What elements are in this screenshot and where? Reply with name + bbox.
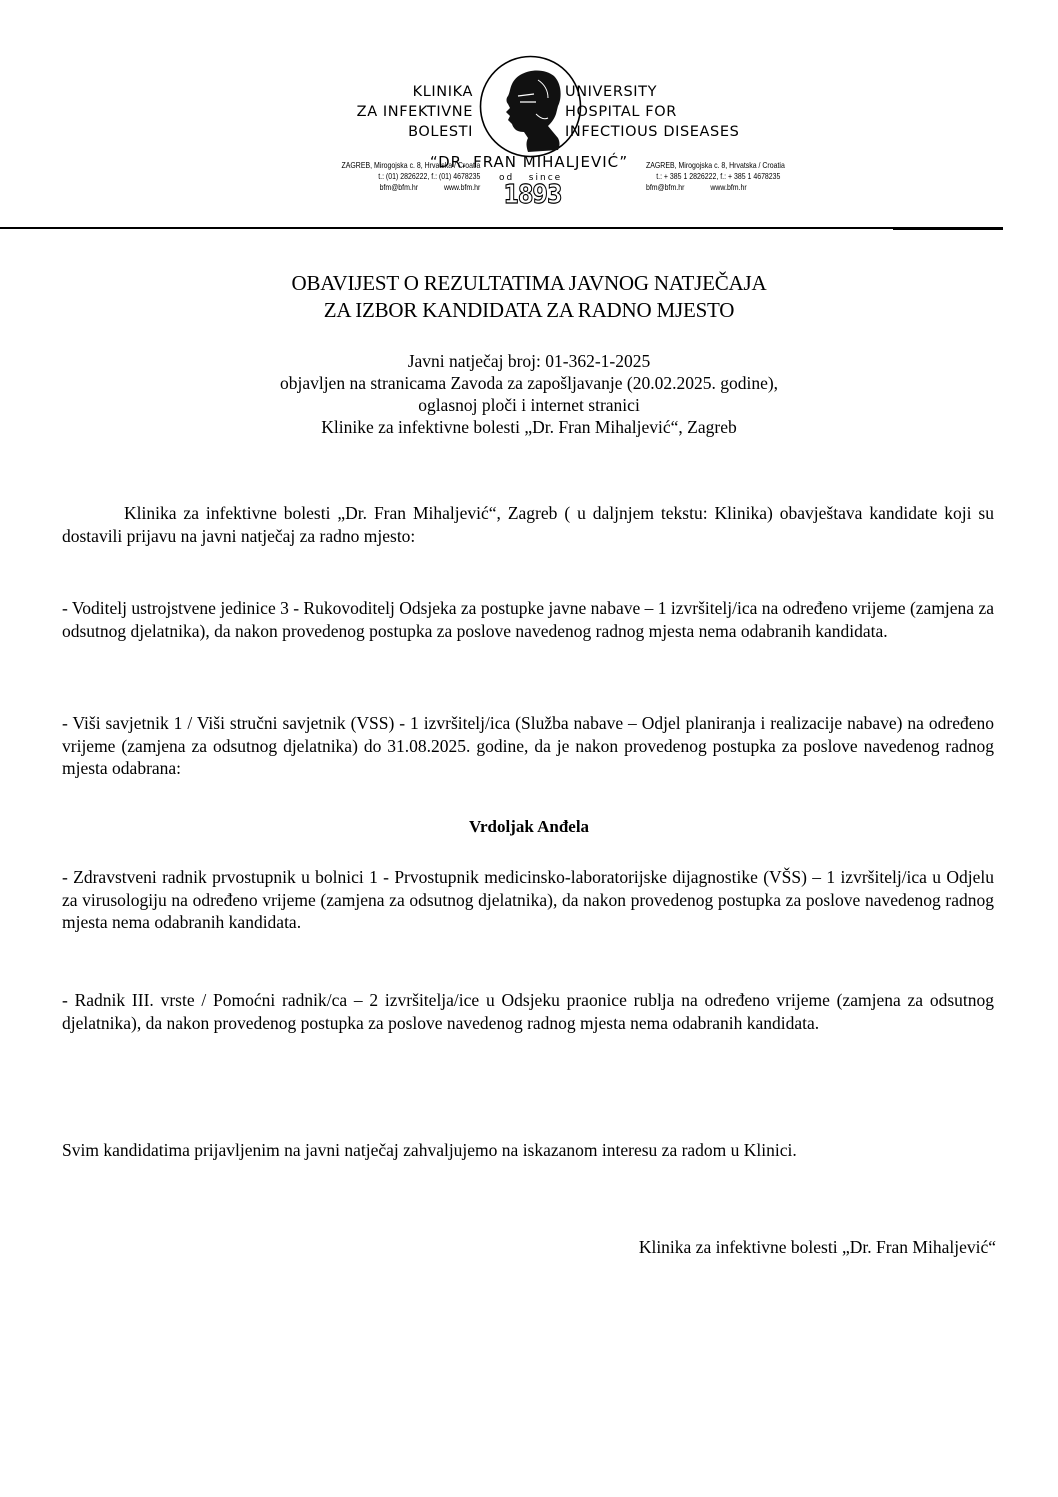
competition-details: Javni natječaj broj: 01-362-1-2025 objav… (0, 350, 1058, 438)
letterhead-name-english: UNIVERSITY HOSPITAL FOR INFECTIOUS DISEA… (565, 82, 739, 142)
letterhead-line: HOSPITAL FOR (565, 102, 739, 122)
competition-number: Javni natječaj broj: 01-362-1-2025 (0, 350, 1058, 372)
header-divider (0, 227, 1003, 229)
document-title: OBAVIJEST O REZULTATIMA JAVNOG NATJEČAJA… (0, 270, 1058, 324)
letterhead-line: BOLESTI (357, 122, 473, 142)
thanks-paragraph: Svim kandidatima prijavljenim na javni n… (62, 1139, 994, 1162)
letterhead-line: KLINIKA (357, 82, 473, 102)
contact-web-row: bfm@bfm.hr www.bfm.hr (341, 182, 480, 193)
letterhead-contact-right: ZAGREB, Mirogojska c. 8, Hrvatska / Croa… (646, 160, 785, 193)
position-result-item: - Viši savjetnik 1 / Viši stručni savjet… (62, 712, 994, 780)
contact-website: www.bfm.hr (444, 183, 480, 192)
letterhead-contact-left: ZAGREB, Mirogojska c. 8, Hrvatska / Croa… (341, 160, 480, 193)
title-line: ZA IZBOR KANDIDATA ZA RADNO MJESTO (0, 297, 1058, 324)
since-year: 1893 (504, 180, 555, 210)
title-line: OBAVIJEST O REZULTATIMA JAVNOG NATJEČAJA (0, 270, 1058, 297)
contact-email: bfm@bfm.hr (379, 183, 417, 192)
contact-web-row: bfm@bfm.hr www.bfm.hr (646, 182, 785, 193)
contact-website: www.bfm.hr (710, 183, 746, 192)
contact-phone: t.: (01) 2826222, f.: (01) 4678235 (341, 171, 480, 182)
letterhead-line: ZA INFEKTIVNE (357, 102, 473, 122)
contact-phone: t.: + 385 1 2826222, f.: + 385 1 4678235 (646, 171, 785, 182)
selected-candidate: Vrdoljak Anđela (0, 817, 1058, 837)
header-divider-accent (893, 227, 1003, 230)
signature: Klinika za infektivne bolesti „Dr. Fran … (639, 1237, 996, 1258)
position-result-item: - Zdravstveni radnik prvostupnik u bolni… (62, 866, 994, 934)
contact-address: ZAGREB, Mirogojska c. 8, Hrvatska / Croa… (341, 160, 480, 171)
letterhead-name-croatian: KLINIKA ZA INFEKTIVNE BOLESTI (357, 82, 473, 142)
letterhead-line: INFECTIOUS DISEASES (565, 122, 739, 142)
position-result-item: - Radnik III. vrste / Pomoćni radnik/ca … (62, 989, 994, 1034)
publication-info: objavljen na stranicama Zavoda za zapošl… (0, 372, 1058, 394)
position-result-item: - Voditelj ustrojstvene jedinice 3 - Ruk… (62, 597, 994, 642)
publication-info: Klinike za infektivne bolesti „Dr. Fran … (0, 416, 1058, 438)
intro-paragraph: Klinika za infektivne bolesti „Dr. Fran … (62, 502, 994, 547)
contact-email: bfm@bfm.hr (646, 183, 684, 192)
publication-info: oglasnoj ploči i internet stranici (0, 394, 1058, 416)
contact-address: ZAGREB, Mirogojska c. 8, Hrvatska / Croa… (646, 160, 785, 171)
letterhead-line: UNIVERSITY (565, 82, 739, 102)
letterhead-hospital-name: “DR. FRAN MIHALJEVIĆ” (0, 153, 1058, 171)
